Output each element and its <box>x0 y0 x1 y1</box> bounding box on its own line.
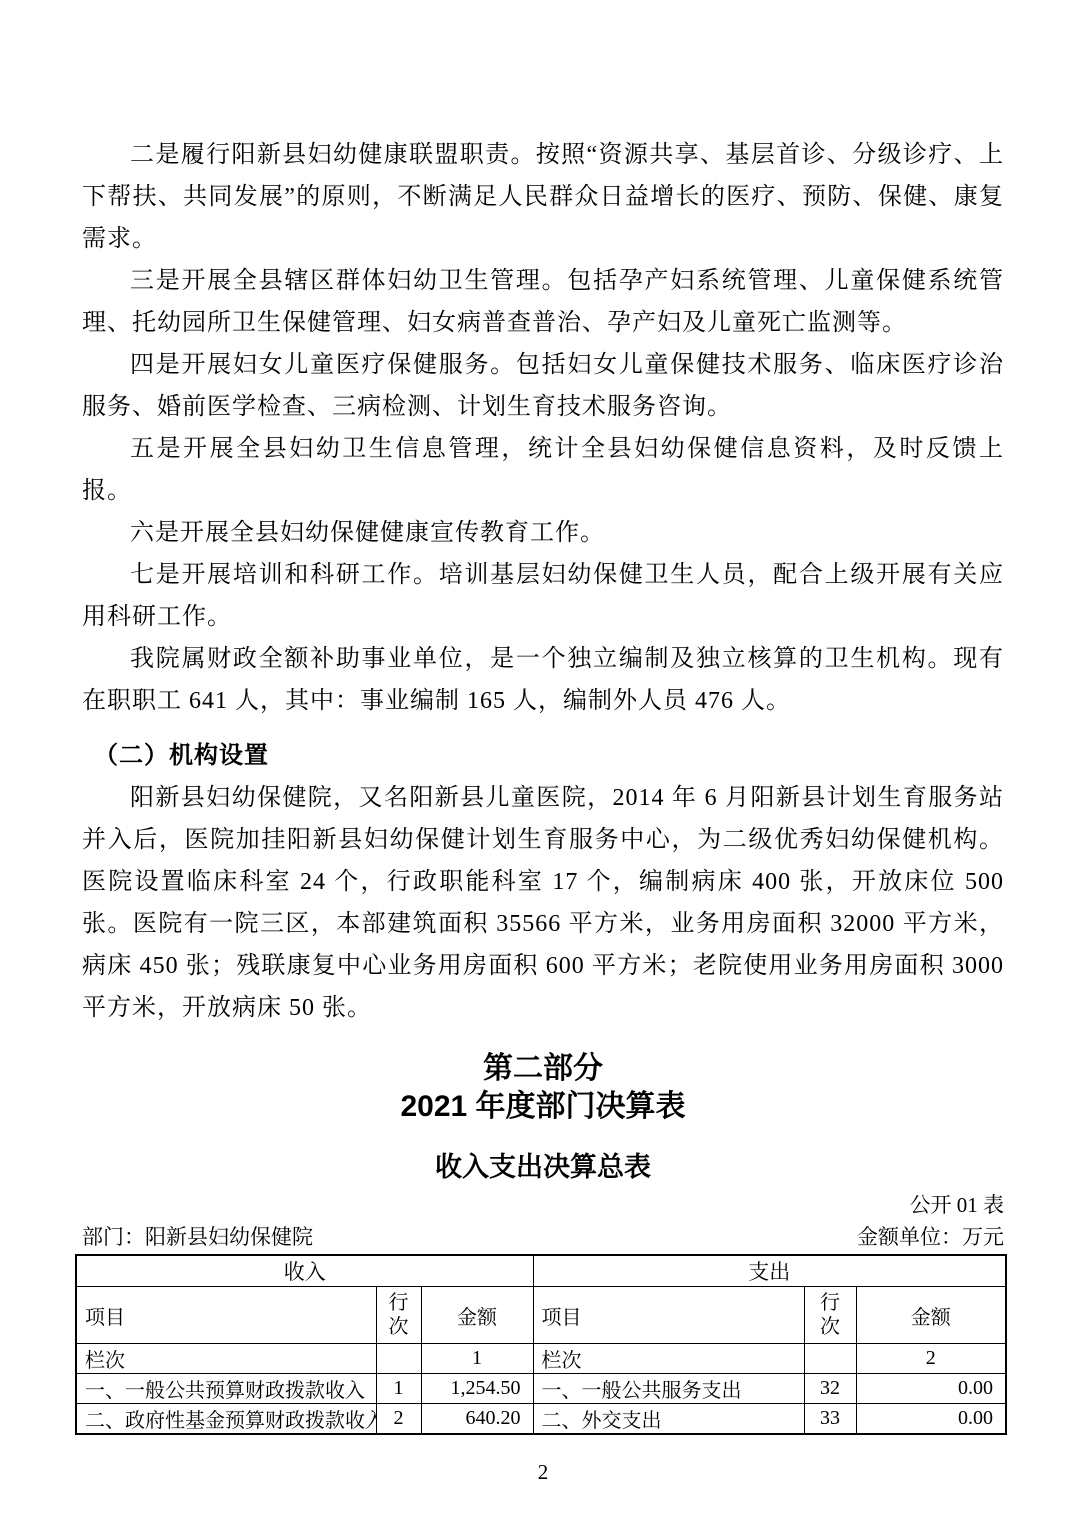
table-row-halves: 收入 支出 <box>76 1255 1006 1287</box>
income-item-header-cell: 项目 <box>76 1287 376 1344</box>
page-number: 2 <box>82 1459 1004 1485</box>
paragraph-duty-5: 五是开展全县妇幼卫生信息管理，统计全县妇幼保健信息资料，及时反馈上报。 <box>82 428 1004 512</box>
income-index-value-cell: 1 <box>421 1344 533 1374</box>
expense-amount-cell: 0.00 <box>856 1374 1006 1404</box>
income-lineno-cell: 1 <box>376 1374 421 1404</box>
income-index-label-cell: 栏次 <box>76 1344 376 1374</box>
income-index-lineno-cell <box>376 1344 421 1374</box>
expense-item-cell: 一、一般公共服务支出 <box>533 1374 804 1404</box>
table-row-column-headers: 项目 行次 金额 项目 行次 金额 <box>76 1287 1006 1344</box>
income-header-cell: 收入 <box>76 1255 533 1287</box>
income-amount-header-cell: 金额 <box>421 1287 533 1344</box>
table-row: 二、政府性基金预算财政拨款收入 2 640.20 二、外交支出 33 0.00 <box>76 1404 1006 1435</box>
income-item-cell: 二、政府性基金预算财政拨款收入 <box>76 1404 376 1435</box>
paragraph-duty-6: 六是开展全县妇幼保健健康宣传教育工作。 <box>82 512 1004 554</box>
expense-lineno-cell: 33 <box>804 1404 856 1435</box>
income-amount-cell: 640.20 <box>421 1404 533 1435</box>
amount-unit-label: 金额单位：万元 <box>857 1224 1004 1250</box>
paragraph-duty-4: 四是开展妇女儿童医疗保健服务。包括妇女儿童保健技术服务、临床医疗诊治服务、婚前医… <box>82 344 1004 428</box>
expense-amount-header-cell: 金额 <box>856 1287 1006 1344</box>
expense-lineno-cell: 32 <box>804 1374 856 1404</box>
document-page: 二是履行阳新县妇幼健康联盟职责。按照“资源共享、基层首诊、分级诊疗、上下帮扶、共… <box>0 0 1074 1520</box>
table-row: 一、一般公共预算财政拨款收入 1 1,254.50 一、一般公共服务支出 32 … <box>76 1374 1006 1404</box>
expense-index-label-cell: 栏次 <box>533 1344 804 1374</box>
paragraph-duty-2: 二是履行阳新县妇幼健康联盟职责。按照“资源共享、基层首诊、分级诊疗、上下帮扶、共… <box>82 134 1004 260</box>
part-heading: 第二部分 2021 年度部门决算表 <box>82 1050 1004 1126</box>
expense-amount-cell: 0.00 <box>856 1404 1006 1435</box>
part-heading-line1: 第二部分 <box>82 1050 1004 1088</box>
expense-lineno-header-text: 行次 <box>819 1291 842 1339</box>
table-title: 收入支出决算总表 <box>82 1150 1004 1184</box>
paragraph-org-details: 阳新县妇幼保健院，又名阳新县儿童医院，2014 年 6 月阳新县计划生育服务站并… <box>82 777 1004 1029</box>
income-amount-cell: 1,254.50 <box>421 1374 533 1404</box>
income-lineno-cell: 2 <box>376 1404 421 1435</box>
table-meta-row: 部门：阳新县妇幼保健院 金额单位：万元 <box>82 1224 1004 1250</box>
expense-index-lineno-cell <box>804 1344 856 1374</box>
section-heading-org-setup: （二）机构设置 <box>82 735 1004 777</box>
expense-index-value-cell: 2 <box>856 1344 1006 1374</box>
income-item-cell: 一、一般公共预算财政拨款收入 <box>76 1374 376 1404</box>
income-expense-summary-table: 收入 支出 项目 行次 金额 项目 行次 金额 栏次 1 栏次 2 一、一般公共… <box>75 1254 1007 1435</box>
part-heading-line2: 2021 年度部门决算表 <box>82 1088 1004 1126</box>
expense-item-header-cell: 项目 <box>533 1287 804 1344</box>
body-text: 二是履行阳新县妇幼健康联盟职责。按照“资源共享、基层首诊、分级诊疗、上下帮扶、共… <box>82 134 1004 1029</box>
paragraph-duty-3: 三是开展全县辖区群体妇幼卫生管理。包括孕产妇系统管理、儿童保健系统管理、托幼园所… <box>82 260 1004 344</box>
sheet-label: 公开 01 表 <box>82 1192 1004 1218</box>
expense-lineno-header-cell: 行次 <box>804 1287 856 1344</box>
department-label: 部门：阳新县妇幼保健院 <box>82 1224 313 1250</box>
table-row-column-index: 栏次 1 栏次 2 <box>76 1344 1006 1374</box>
income-lineno-header-cell: 行次 <box>376 1287 421 1344</box>
paragraph-staffing: 我院属财政全额补助事业单位，是一个独立编制及独立核算的卫生机构。现有在职职工 6… <box>82 638 1004 722</box>
expense-header-cell: 支出 <box>533 1255 1006 1287</box>
expense-item-cell: 二、外交支出 <box>533 1404 804 1435</box>
paragraph-duty-7: 七是开展培训和科研工作。培训基层妇幼保健卫生人员，配合上级开展有关应用科研工作。 <box>82 554 1004 638</box>
income-lineno-header-text: 行次 <box>387 1291 410 1339</box>
